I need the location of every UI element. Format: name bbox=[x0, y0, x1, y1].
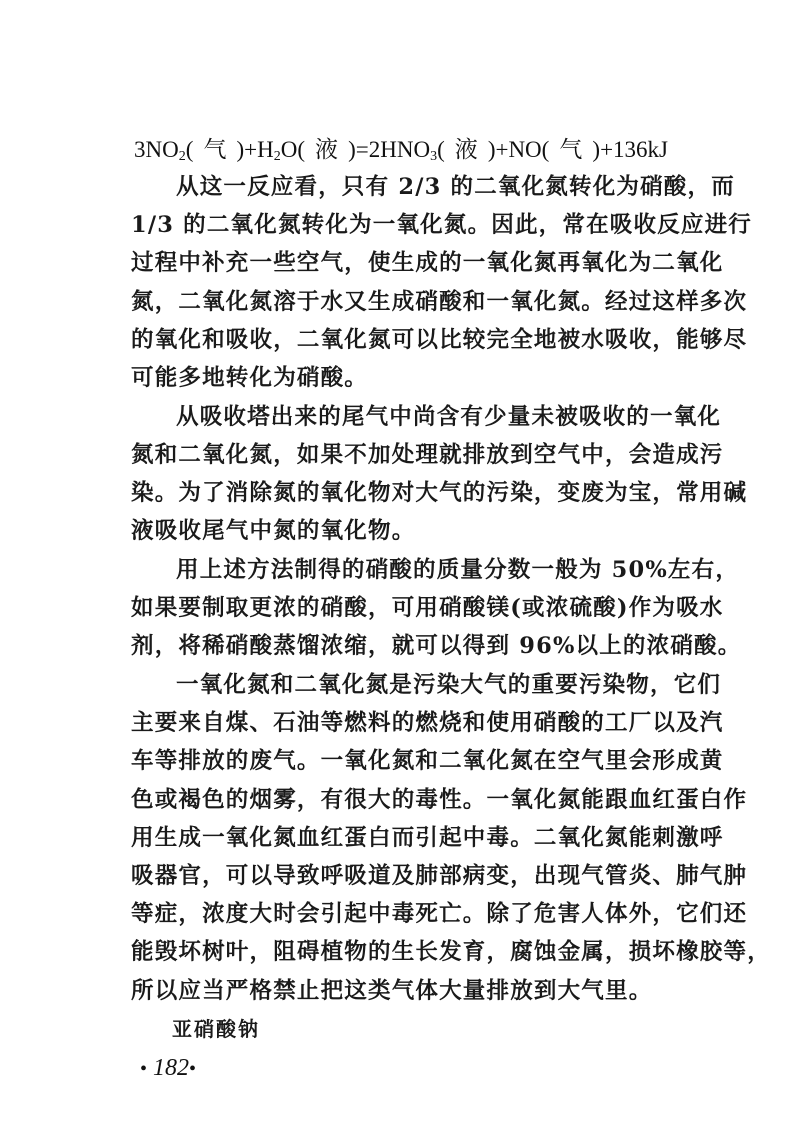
text-line: 从吸收塔出来的尾气中尚含有少量未被吸收的一氧化 bbox=[176, 402, 671, 432]
equation-subscript: 2 bbox=[274, 149, 281, 164]
text-line: 液吸收尾气中氮的氧化物。 bbox=[131, 516, 671, 546]
text-line: 如果要制取更浓的硝酸，可用硝酸镁(或浓硫酸)作为吸水 bbox=[131, 593, 671, 623]
text-line: 等症，浓度大时会引起中毒死亡。除了危害人体外，它们还 bbox=[131, 899, 671, 929]
book-page: 3NO2(气)+H2O(液)=2HNO3(液)+NO(气)+136kJ 从这一反… bbox=[0, 0, 800, 1147]
text-line: 一氧化氮和二氧化氮是污染大气的重要污染物，它们 bbox=[176, 670, 671, 700]
text-line: 1/3 的二氧化氮转化为一氧化氮。因此，常在吸收反应进行 bbox=[131, 210, 671, 240]
text-line: 能毁坏树叶，阻碍植物的生长发育，腐蚀金属，损坏橡胶等， bbox=[131, 937, 671, 967]
page-number: • 182• bbox=[140, 1052, 196, 1085]
bullet-icon: • bbox=[140, 1058, 147, 1080]
equation-text: 3NO bbox=[134, 137, 179, 162]
text-line: 从这一反应看，只有 2/3 的二氧化氮转化为硝酸，而 bbox=[176, 172, 671, 202]
text-line: 的氧化和吸收，二氧化氮可以比较完全地被水吸收，能够尽 bbox=[131, 325, 671, 355]
equation-text: O(液)=2HNO bbox=[281, 137, 430, 162]
equation-text: (气)+H bbox=[186, 137, 274, 162]
bullet-icon: • bbox=[189, 1058, 196, 1080]
text-line: 吸器官，可以导致呼吸道及肺部病变，出现气管炎、肺气肿 bbox=[131, 861, 671, 891]
text-line: 车等排放的废气。一氧化氮和二氧化氮在空气里会形成黄 bbox=[131, 746, 671, 776]
chemical-equation: 3NO2(气)+H2O(液)=2HNO3(液)+NO(气)+136kJ bbox=[134, 134, 668, 166]
text-line: 色或褐色的烟雾，有很大的毒性。一氧化氮能跟血红蛋白作 bbox=[131, 785, 671, 815]
text-line: 可能多地转化为硝酸。 bbox=[131, 363, 671, 393]
page-number-value: 182 bbox=[153, 1055, 189, 1081]
text-line: 用上述方法制得的硝酸的质量分数一般为 50%左右， bbox=[176, 555, 671, 585]
section-heading: 亚硝酸钠 bbox=[172, 1014, 260, 1044]
equation-subscript: 2 bbox=[179, 149, 186, 164]
text-line: 所以应当严格禁止把这类气体大量排放到大气里。 bbox=[131, 976, 671, 1006]
text-line: 剂，将稀硝酸蒸馏浓缩，就可以得到 96%以上的浓硝酸。 bbox=[131, 631, 671, 661]
text-line: 染。为了消除氮的氧化物对大气的污染，变废为宝，常用碱 bbox=[131, 478, 671, 508]
text-line: 主要来自煤、石油等燃料的燃烧和使用硝酸的工厂以及汽 bbox=[131, 708, 671, 738]
equation-text: (液)+NO(气)+136kJ bbox=[437, 137, 668, 162]
text-line: 过程中补充一些空气，使生成的一氧化氮再氧化为二氧化 bbox=[131, 248, 671, 278]
text-line: 氮，二氧化氮溶于水又生成硝酸和一氧化氮。经过这样多次 bbox=[131, 287, 671, 317]
text-line: 用生成一氧化氮血红蛋白而引起中毒。二氧化氮能刺激呼 bbox=[131, 823, 671, 853]
equation-subscript: 3 bbox=[430, 149, 437, 164]
text-line: 氮和二氧化氮，如果不加处理就排放到空气中，会造成污 bbox=[131, 440, 671, 470]
